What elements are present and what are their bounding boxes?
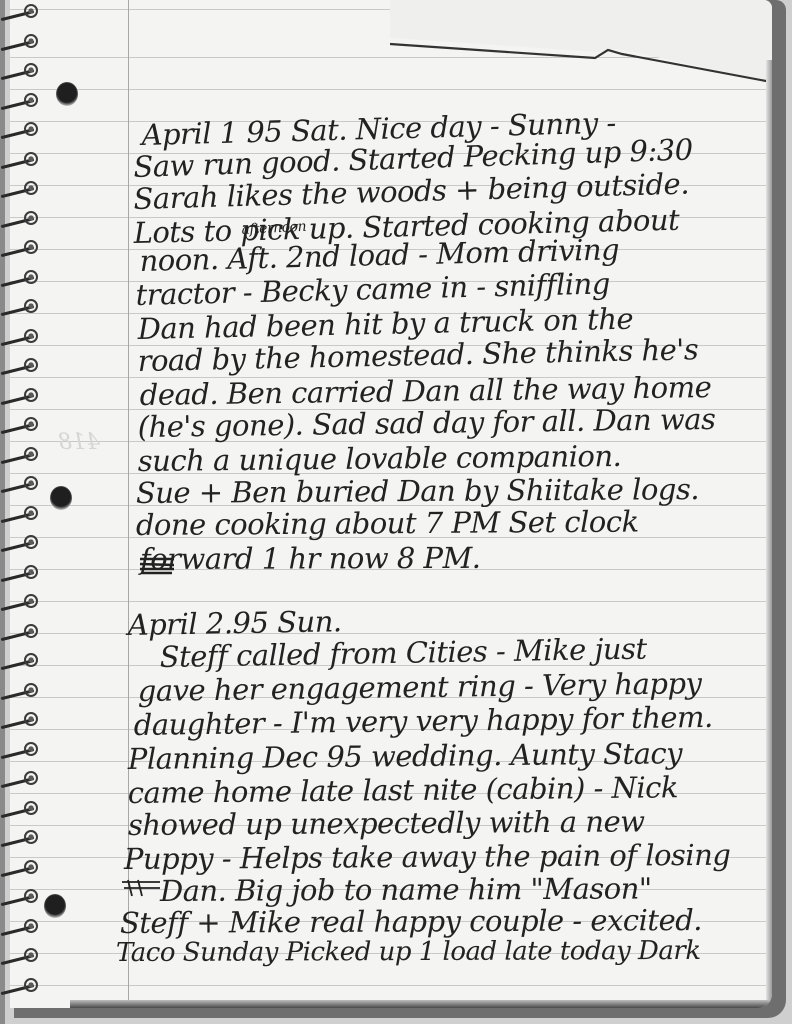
entry2-line-5: Planning Dec 95 wedding. Aunty Stacy <box>128 736 683 776</box>
spiral-coil <box>0 122 40 136</box>
scribble-margin-mark <box>122 878 162 898</box>
entry1-line-13: done cooking about 7 PM Set clock <box>136 504 639 542</box>
entry1-line-14: forward 1 hr now 8 PM. <box>140 541 481 576</box>
spiral-coil <box>0 830 40 844</box>
spiral-coil <box>0 152 40 166</box>
entry2-line-9: Dan. Big job to name him "Mason" <box>160 871 652 908</box>
scribble-crossout-back <box>138 555 178 577</box>
entry2-line-4: daughter - I'm very very happy for them. <box>134 700 713 742</box>
spiral-coil <box>0 240 40 254</box>
scanned-notebook-page: 418 April 1 95 Sat. Nice day - Sunny - S… <box>0 0 792 1024</box>
spiral-coil <box>0 948 40 962</box>
spiral-coil <box>0 388 40 402</box>
entry2-line-11: Taco Sunday Picked up 1 load late today … <box>116 936 701 968</box>
entry1-line-10: (he's gone). Sad sad day for all. Dan wa… <box>138 402 716 444</box>
entry2-line-8: Puppy - Helps take away the pain of losi… <box>124 838 731 876</box>
spiral-coil <box>0 447 40 461</box>
punched-hole-top <box>56 82 78 106</box>
spiral-coil <box>0 624 40 638</box>
spiral-coil <box>0 860 40 874</box>
spiral-coil <box>0 742 40 756</box>
spiral-coil <box>0 535 40 549</box>
spiral-coil <box>0 358 40 372</box>
spiral-coil <box>0 93 40 107</box>
spiral-coil <box>0 771 40 785</box>
spiral-coil <box>0 801 40 815</box>
diary-text: April 1 95 Sat. Nice day - Sunny - Saw r… <box>10 0 772 1008</box>
entry2-line-7: showed up unexpectedly with a new <box>128 804 645 842</box>
entry2-heading: April 2.95 Sun. <box>127 604 341 642</box>
spiral-coil <box>0 712 40 726</box>
spiral-coil <box>0 594 40 608</box>
entry2-line-10: Steff + Mike real happy couple - excited… <box>120 903 702 940</box>
spiral-coil <box>0 329 40 343</box>
spiral-coil <box>0 565 40 579</box>
inserted-word-afternoon: afternoon <box>241 219 306 238</box>
spiral-coil <box>0 211 40 225</box>
diary-page: 418 April 1 95 Sat. Nice day - Sunny - S… <box>10 0 772 1008</box>
spiral-coil <box>0 270 40 284</box>
spiral-coil <box>0 919 40 933</box>
spiral-coil <box>0 417 40 431</box>
spiral-coil <box>0 506 40 520</box>
spiral-coil <box>0 181 40 195</box>
punched-hole-middle <box>50 486 72 510</box>
spiral-coil <box>0 4 40 18</box>
spiral-coil <box>0 683 40 697</box>
spiral-coil <box>0 889 40 903</box>
spiral-coil <box>0 476 40 490</box>
spiral-binding <box>0 0 50 1024</box>
spiral-coil <box>0 978 40 992</box>
spiral-coil <box>0 63 40 77</box>
spiral-coil <box>0 653 40 667</box>
punched-hole-bottom <box>44 894 66 918</box>
spiral-coil <box>0 299 40 313</box>
spiral-coil <box>0 34 40 48</box>
